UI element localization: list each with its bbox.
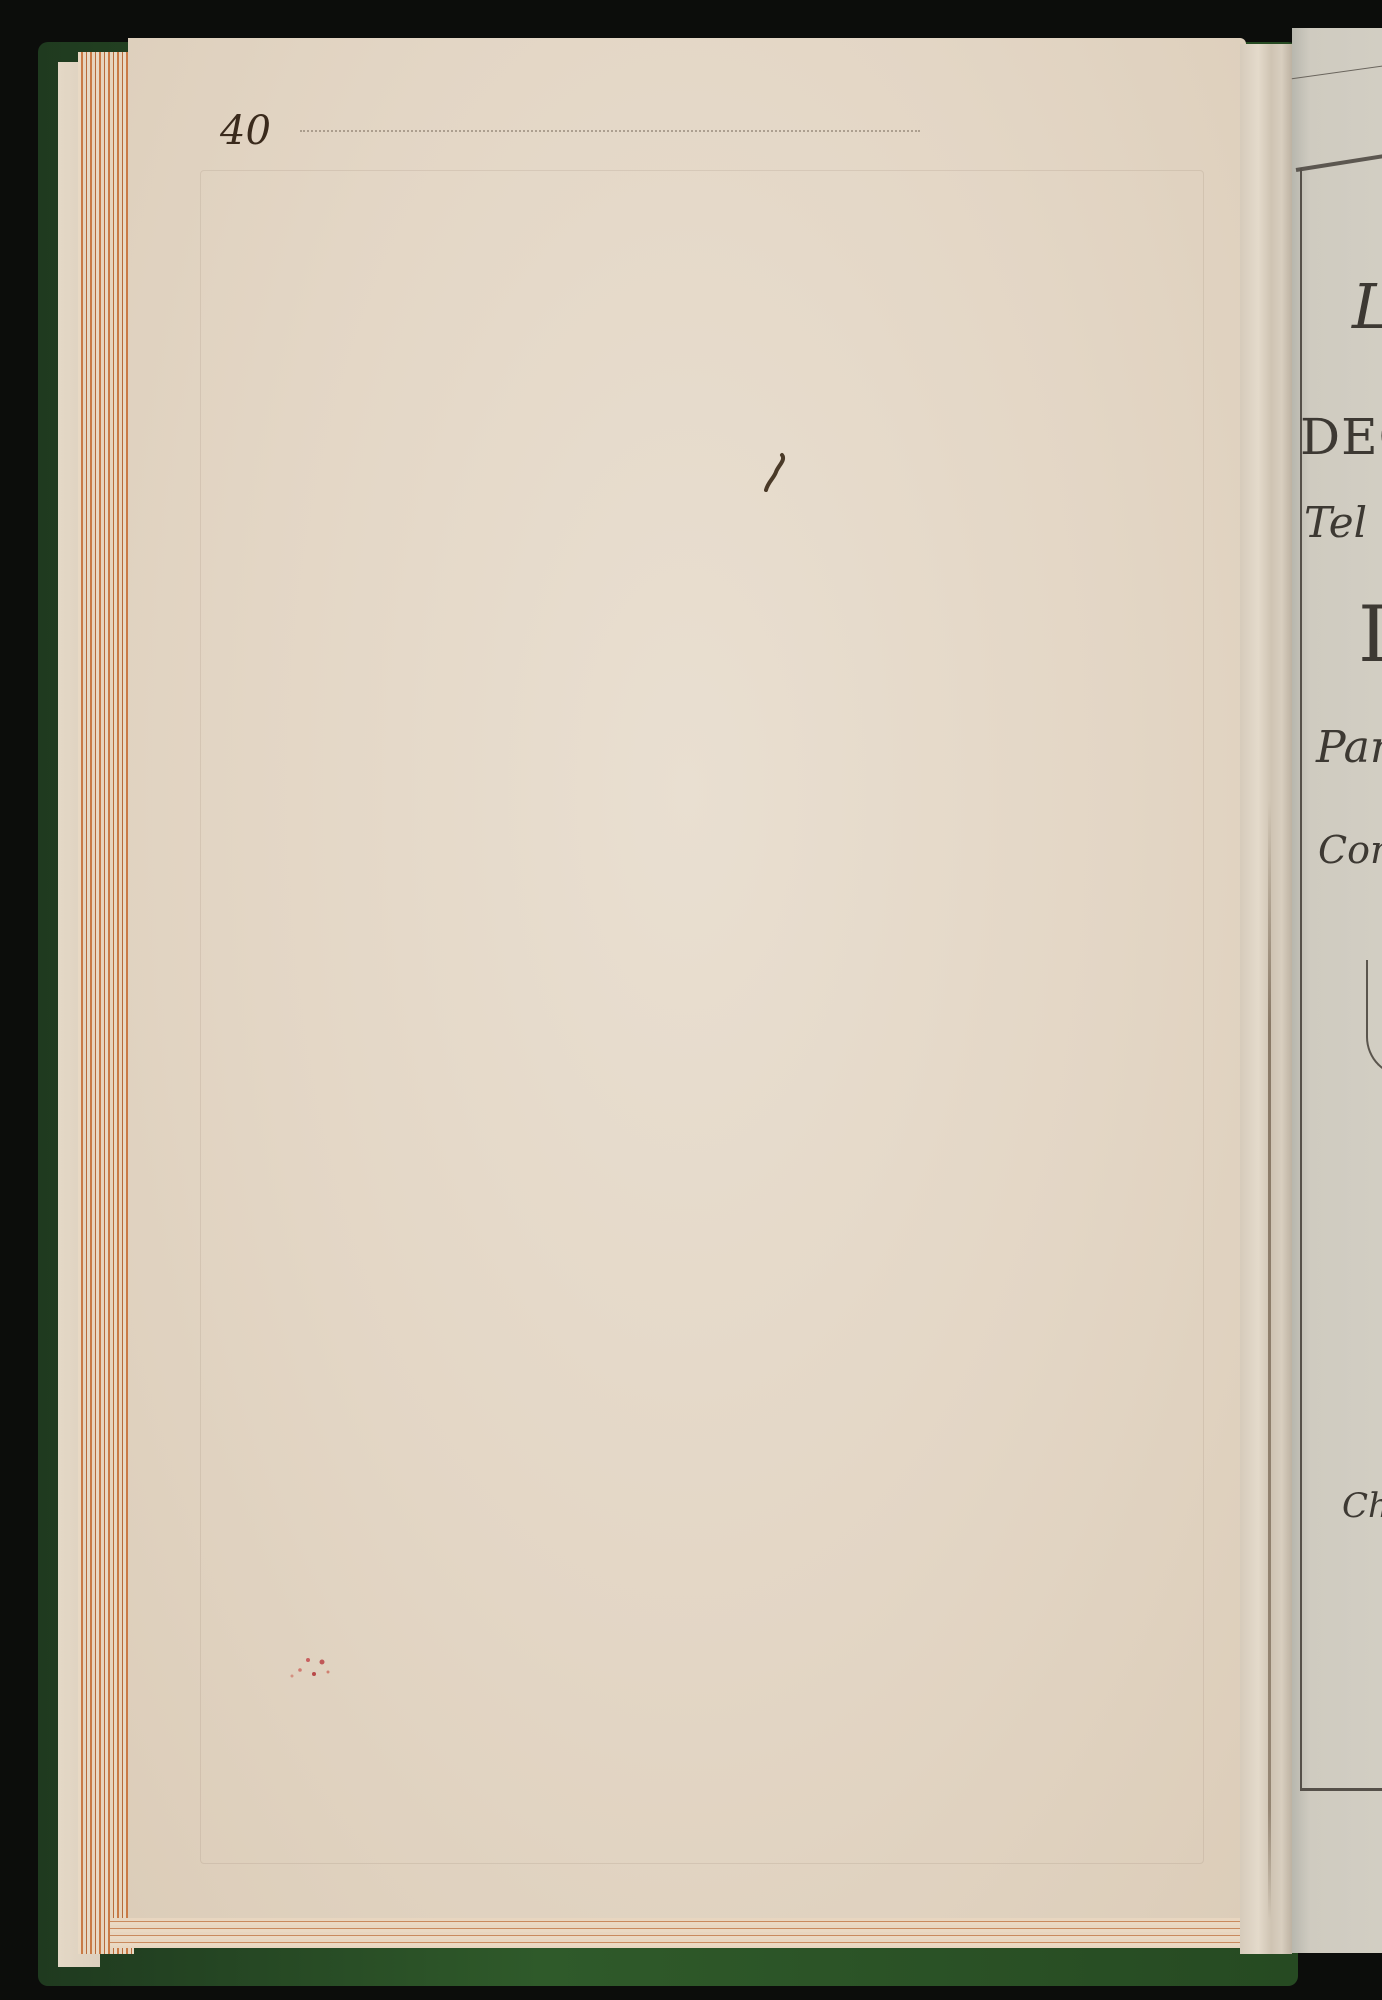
faint-ink-line — [300, 130, 920, 132]
title-text-line-2: DECON — [1300, 408, 1382, 466]
page-number: 40 — [220, 108, 271, 154]
page-edges-bottom — [110, 1918, 1310, 1948]
title-text-line-4: I — [1358, 590, 1382, 680]
gutter-crease — [1268, 800, 1271, 1920]
page-edges-stack — [78, 52, 134, 1954]
spine-gutter — [1240, 44, 1292, 1954]
author-line: Par M — [1316, 722, 1382, 773]
publisher-line: Chez — [1342, 1486, 1382, 1526]
ink-stroke-mark — [762, 452, 788, 494]
composer-line: Compos — [1318, 828, 1382, 872]
title-text-line-1: Lo — [1352, 270, 1382, 343]
red-ink-specks — [278, 1652, 348, 1684]
title-text-line-3: Tel qu'il — [1304, 498, 1382, 547]
plate-mark — [200, 170, 1204, 1864]
